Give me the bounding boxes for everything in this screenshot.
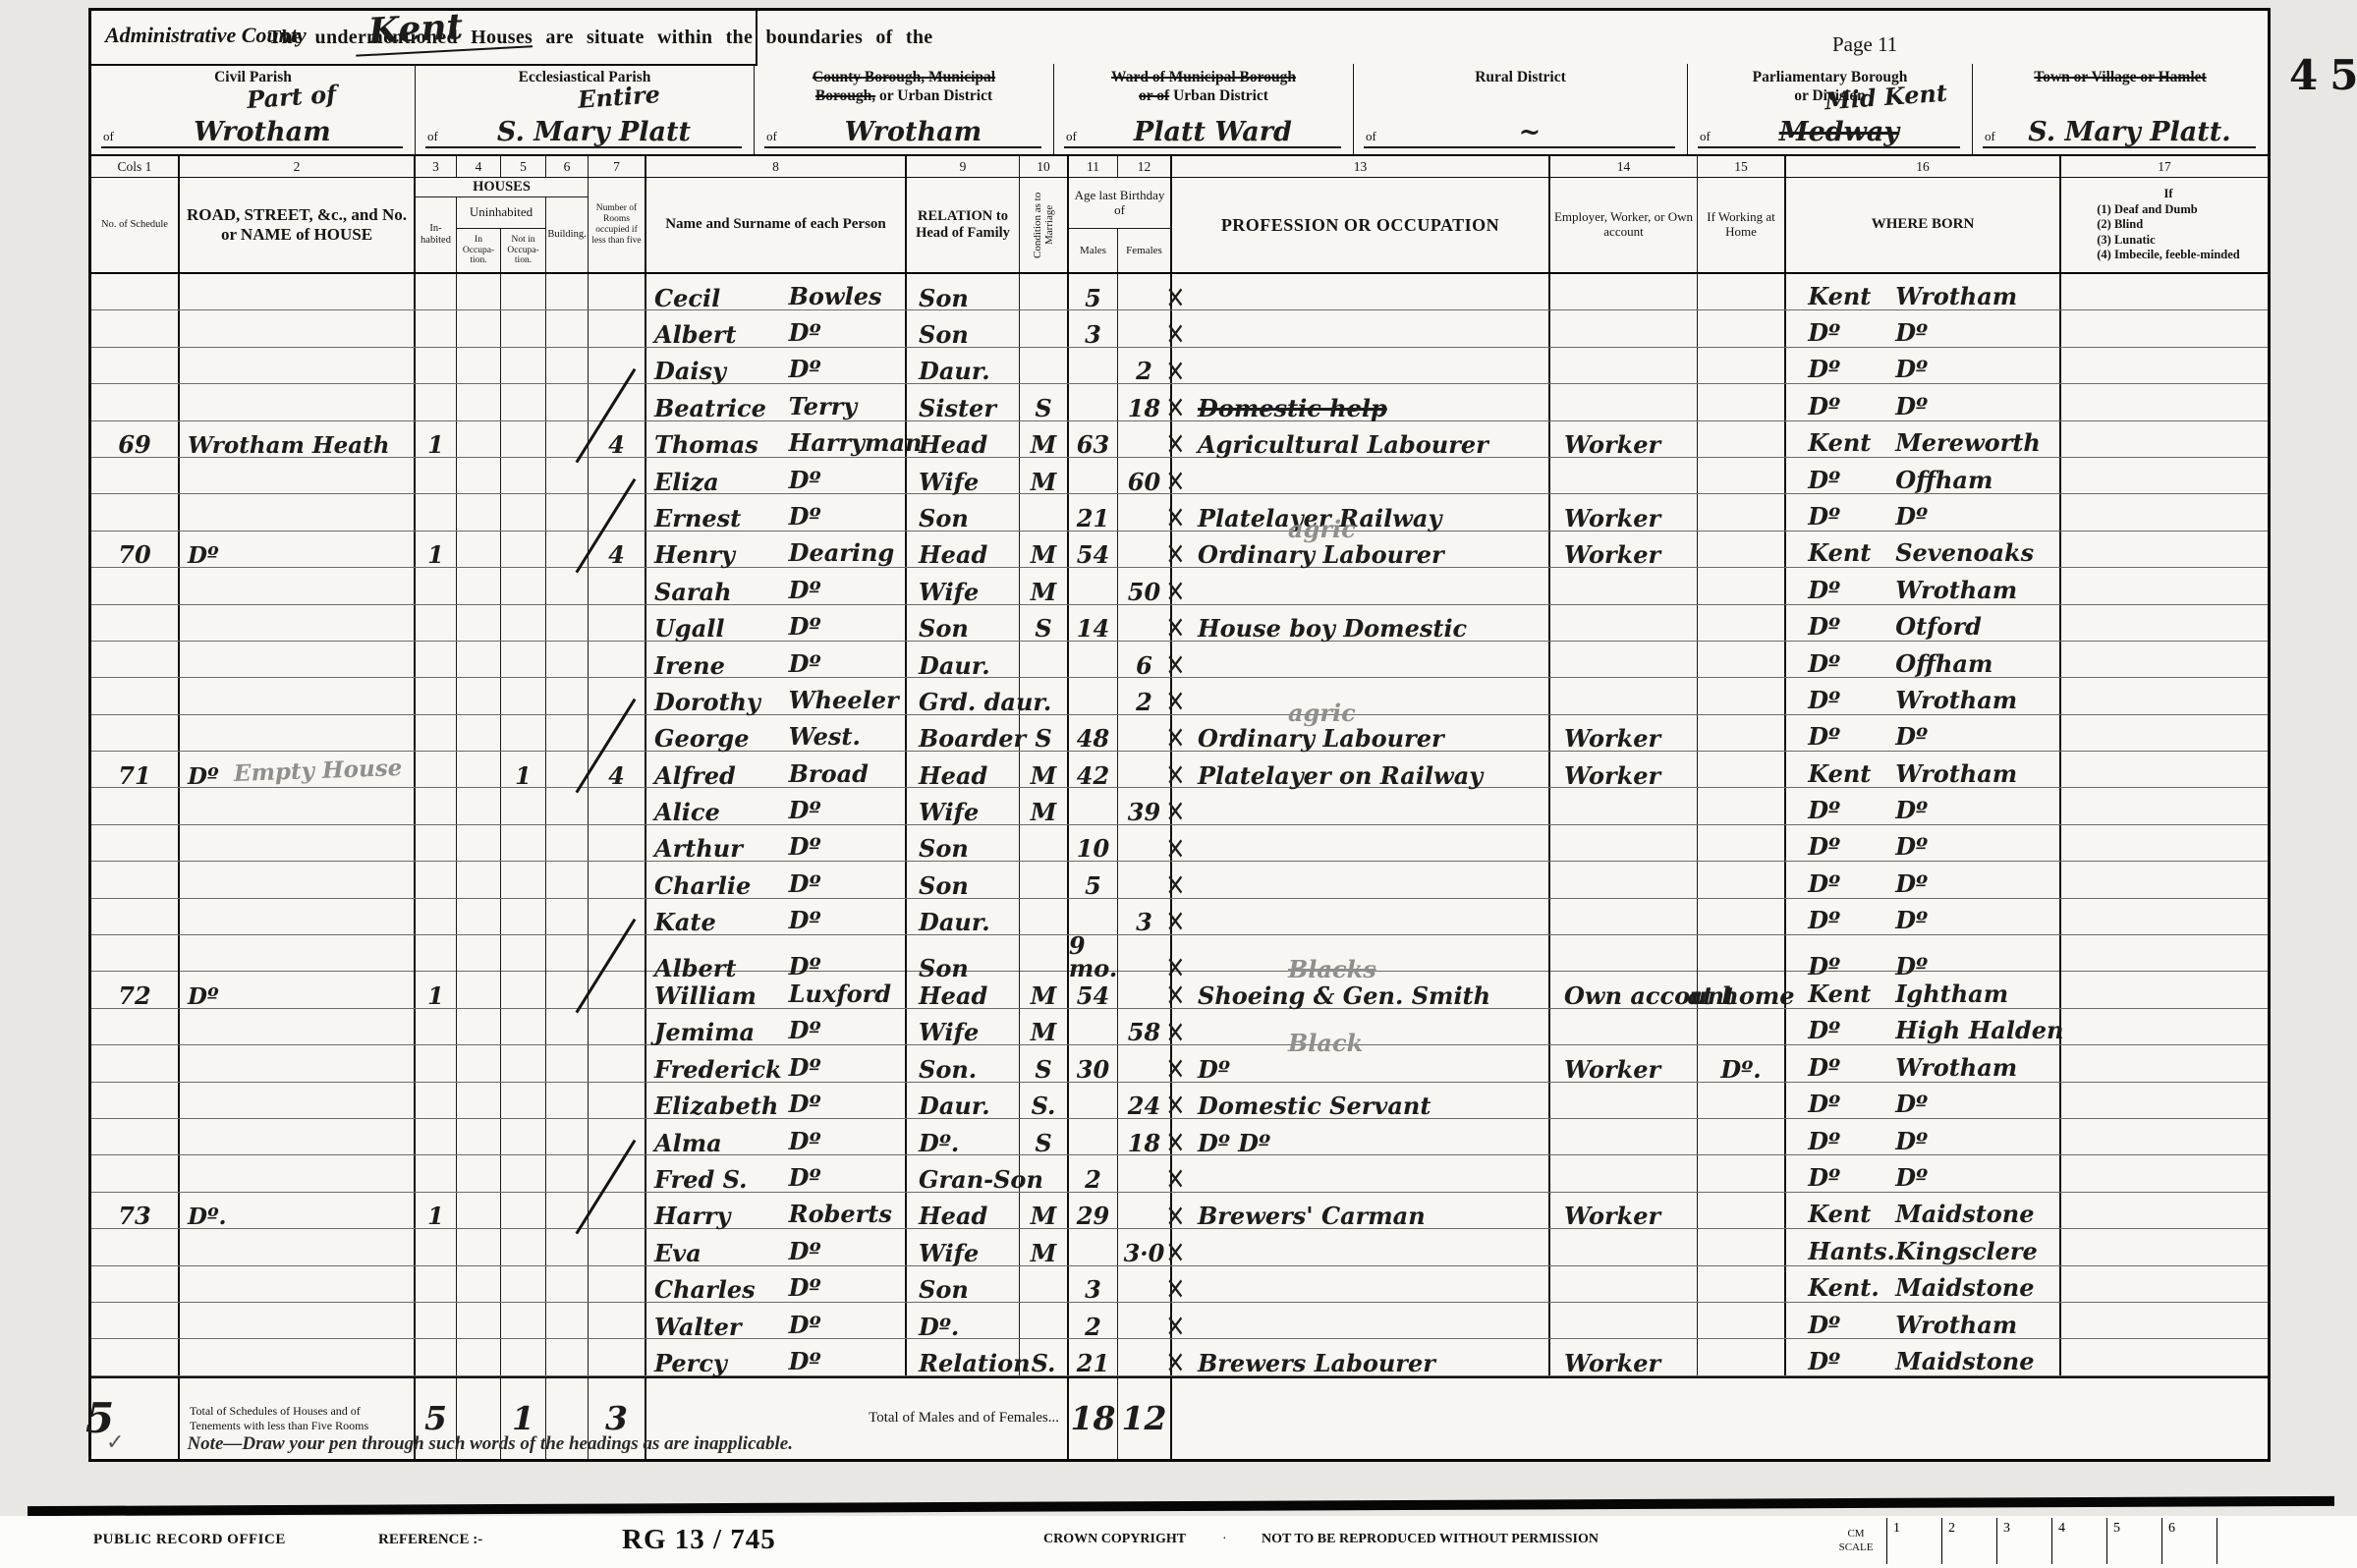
cell-name: KateDº — [646, 899, 907, 934]
cell-age-female — [1118, 1045, 1172, 1081]
cell-uninhabited-in-occupation — [457, 1229, 501, 1264]
cell-uninhabited-not-occupation — [501, 1193, 546, 1228]
name-surname: Bowles — [789, 286, 882, 308]
cell-schedule — [91, 605, 180, 641]
cell-infirmity — [2061, 310, 2268, 346]
cell-building — [546, 458, 589, 493]
cell-inhabited — [416, 1303, 457, 1338]
enumerator-tick: × — [1165, 429, 1185, 460]
cell-employer — [1550, 1119, 1698, 1154]
cell-age-female — [1118, 532, 1172, 567]
profession-value: Platelayer on Railway — [1198, 765, 1483, 788]
district-label-text: Town or Village or Hamlet — [2034, 69, 2206, 85]
cell-inhabited — [416, 1009, 457, 1044]
cell-where-born: DºDº — [1786, 715, 2061, 751]
cell-condition — [1020, 899, 1069, 934]
name-given: Charlie — [654, 875, 751, 898]
cell-uninhabited-in-occupation — [457, 788, 501, 823]
scale-label-scale: SCALE — [1825, 1541, 1886, 1554]
cell-rooms — [589, 1193, 646, 1228]
cell-employer: Worker — [1550, 421, 1698, 457]
cell-uninhabited-in-occupation — [457, 605, 501, 641]
cell-working-at-home: at home — [1698, 972, 1786, 1007]
name-surname: Dº — [789, 322, 821, 345]
col-number: 7 — [589, 156, 646, 178]
cell-age-female — [1118, 715, 1172, 751]
cell-rooms: 4 — [589, 752, 646, 787]
cell-age-female — [1118, 494, 1172, 530]
name-given: Charles — [654, 1279, 756, 1302]
profession-value: Dº Dº — [1198, 1133, 1270, 1155]
cell-uninhabited-in-occupation — [457, 310, 501, 346]
table-row: DaisyDºDaur.2×DºDº — [91, 348, 2268, 384]
folio-number: 45 — [2289, 51, 2357, 99]
district-value-line: ofWrotham — [101, 119, 403, 148]
table-row: AlmaDºDº.S18×Dº DºDºDº — [91, 1119, 2268, 1155]
name-surname: Roberts — [789, 1204, 892, 1226]
cell-where-born: DºOffham — [1786, 458, 2061, 493]
cell-age-male — [1069, 1083, 1118, 1118]
cell-where-born: DºDº — [1786, 862, 2061, 897]
enumerator-tick: × — [1165, 759, 1185, 790]
cell-road — [180, 568, 416, 603]
cell-employer — [1550, 568, 1698, 603]
table-row: KateDºDaur.3×DºDº — [91, 899, 2268, 935]
cell-age-female: 50 — [1118, 568, 1172, 603]
cell-road — [180, 715, 416, 751]
born-place: Wrotham — [1895, 1315, 2017, 1337]
table-row: FrederickDºSon.S30×DºBlackWorkerDº.DºWro… — [91, 1045, 2268, 1082]
district-label-text: or Urban District — [879, 87, 992, 104]
born-place: Kingsclere — [1895, 1241, 2038, 1263]
cell-schedule — [91, 1303, 180, 1338]
name-surname: Dº — [789, 800, 821, 822]
district-value-line: ofS. Mary Platt — [425, 119, 742, 148]
name-surname: Dº — [789, 1277, 821, 1300]
cell-condition — [1020, 642, 1069, 677]
header-building: Building. — [546, 197, 589, 272]
born-place: Dº — [1895, 1131, 1928, 1153]
district-annotation: Part of — [246, 80, 337, 114]
cell-relation: Daur. — [907, 642, 1020, 677]
cell-name: HenryDearing — [646, 532, 907, 567]
cell-name: BeatriceTerry — [646, 384, 907, 420]
enumerator-tick: × — [1165, 797, 1185, 827]
district-value-line: ofPlatt Ward — [1064, 119, 1341, 148]
cell-relation: Son — [907, 605, 1020, 641]
ruler-cells: 123456 — [1886, 1518, 2217, 1564]
cell-where-born: Hants.Kingsclere — [1786, 1229, 2061, 1264]
cell-employer — [1550, 788, 1698, 823]
cell-building — [546, 1009, 589, 1044]
cell-uninhabited-in-occupation — [457, 1303, 501, 1338]
cell-uninhabited-in-occupation — [457, 348, 501, 383]
cell-name: GeorgeWest. — [646, 715, 907, 751]
enumerator-tick: × — [1165, 1201, 1185, 1231]
enumerator-tick: × — [1165, 1127, 1185, 1157]
cell-condition: M — [1020, 1009, 1069, 1044]
cell-inhabited — [416, 825, 457, 861]
col-number: 2 — [180, 156, 416, 178]
cell-name: IreneDº — [646, 642, 907, 677]
header-in-occupation: In Occupa-tion. — [457, 229, 501, 272]
cell-schedule — [91, 348, 180, 383]
page-number: Page 11 — [1832, 32, 1897, 57]
cell-age-female: 60 — [1118, 458, 1172, 493]
born-place: Offham — [1895, 470, 1992, 492]
district-label-text: Borough, — [815, 87, 875, 104]
cell-age-male — [1069, 458, 1118, 493]
cell-uninhabited-not-occupation: 1 — [501, 752, 546, 787]
born-county: Kent — [1808, 983, 1871, 1006]
admin-county-label: Administrative County — [105, 23, 307, 48]
cell-where-born: KentWrotham — [1786, 274, 2061, 309]
rooms-value: 4 — [608, 765, 625, 788]
cell-employer — [1550, 899, 1698, 934]
cell-age-female — [1118, 825, 1172, 861]
name-given: Irene — [654, 655, 725, 678]
cell-name: Fred S.Dº — [646, 1155, 907, 1191]
cell-uninhabited-in-occupation — [457, 384, 501, 420]
district-label-line: County Borough, Municipal — [755, 69, 1053, 87]
enumerator-tick: × — [1165, 282, 1185, 312]
cell-age-male — [1069, 1009, 1118, 1044]
cell-infirmity — [2061, 568, 2268, 603]
born-county: Dº — [1808, 726, 1840, 749]
profession-value: Domestic help — [1198, 398, 1387, 420]
cell-uninhabited-not-occupation — [501, 642, 546, 677]
cell-relation: Dº. — [907, 1119, 1020, 1154]
cell-employer: Worker — [1550, 532, 1698, 567]
cell-relation: Wife — [907, 788, 1020, 823]
cell-employer — [1550, 348, 1698, 383]
cell-uninhabited-not-occupation — [501, 862, 546, 897]
name-given: Harry — [654, 1205, 730, 1228]
cell-uninhabited-not-occupation — [501, 899, 546, 934]
born-county: Dº — [1808, 1167, 1840, 1190]
name-surname: Dº — [789, 506, 821, 529]
born-place: Ightham — [1895, 983, 2008, 1006]
cell-condition: M — [1020, 1229, 1069, 1264]
enumerator-tick: × — [1165, 503, 1185, 533]
cell-schedule — [91, 1119, 180, 1154]
cell-inhabited: 1 — [416, 972, 457, 1007]
cell-profession: ×House boy Domestic — [1172, 605, 1550, 641]
born-place: Maidstone — [1895, 1204, 2034, 1226]
footer-reference-label: REFERENCE :- — [378, 1532, 482, 1548]
cell-rooms — [589, 678, 646, 713]
table-row: PercyDºRelationS.21×Brewers LabourerWork… — [91, 1339, 2268, 1375]
name-given: Frederick — [654, 1059, 782, 1082]
born-place: Sevenoaks — [1895, 542, 2034, 565]
census-sheet: Administrative County Kent The underment… — [88, 8, 2271, 1462]
cell-inhabited — [416, 1155, 457, 1191]
cell-working-at-home — [1698, 348, 1786, 383]
footer-separator-dot: · — [1222, 1532, 1227, 1547]
cell-working-at-home — [1698, 421, 1786, 457]
born-place: Dº — [1895, 1093, 1928, 1116]
name-surname: Dº — [789, 1020, 821, 1042]
cell-profession: ×Shoeing & Gen. SmithBlacks — [1172, 972, 1550, 1007]
table-row: UgallDºSonS14×House boy DomesticDºOtford — [91, 605, 2268, 642]
enumerator-tick: × — [1165, 319, 1185, 350]
district-value: Wrotham — [194, 119, 331, 146]
cell-road — [180, 1045, 416, 1081]
cell-rooms — [589, 568, 646, 603]
header-uninhabited-group: Uninhabited — [457, 197, 546, 229]
table-row: CecilBowlesSon5×KentWrotham — [91, 274, 2268, 310]
cell-inhabited: 1 — [416, 532, 457, 567]
cell-condition — [1020, 348, 1069, 383]
cell-relation: Son. — [907, 1045, 1020, 1081]
cell-employer: Worker — [1550, 1339, 1698, 1374]
born-place: Offham — [1895, 653, 1992, 676]
name-given: Ugall — [654, 618, 725, 641]
cell-inhabited: 1 — [416, 421, 457, 457]
cell-schedule — [91, 1155, 180, 1191]
cell-inhabited — [416, 568, 457, 603]
enumerator-tick: × — [1165, 1348, 1185, 1378]
cell-rooms — [589, 1339, 646, 1374]
name-given: Sarah — [654, 582, 732, 604]
cell-infirmity — [2061, 1266, 2268, 1302]
cell-age-male — [1069, 348, 1118, 383]
cell-condition: S. — [1020, 1339, 1069, 1374]
cell-uninhabited-in-occupation — [457, 678, 501, 713]
district-label-text: or of — [1139, 87, 1169, 104]
cell-where-born: DºDº — [1786, 1083, 2061, 1118]
cell-age-female: 58 — [1118, 1009, 1172, 1044]
cell-relation: Daur. — [907, 348, 1020, 383]
table-row: SarahDºWifeM50×DºWrotham — [91, 568, 2268, 604]
cell-condition: S. — [1020, 1083, 1069, 1118]
cell-road: Dº — [180, 532, 416, 567]
born-county: Dº — [1808, 506, 1840, 529]
cell-schedule: 72 — [91, 972, 180, 1007]
header-not-in-occupation: Not in Occupa-tion. — [501, 229, 546, 272]
profession-value: House boy Domestic — [1198, 618, 1467, 641]
enumerator-tick: × — [1165, 649, 1185, 680]
born-county: Kent. — [1808, 1277, 1880, 1300]
cell-schedule — [91, 899, 180, 934]
cell-road — [180, 384, 416, 420]
col-number: 17 — [2061, 156, 2268, 178]
table-row: 71DºEmpty House14AlfredBroadHeadM42×Plat… — [91, 752, 2268, 788]
cell-age-male: 42 — [1069, 752, 1118, 787]
totals-empty — [1172, 1378, 2268, 1459]
cell-schedule — [91, 642, 180, 677]
cell-uninhabited-not-occupation — [501, 1155, 546, 1191]
cell-age-female: 2 — [1118, 348, 1172, 383]
footer-reference-number: RG 13 / 745 — [622, 1524, 776, 1556]
cell-road — [180, 310, 416, 346]
name-given: Eliza — [654, 472, 719, 494]
cell-employer — [1550, 862, 1698, 897]
name-given: William — [654, 985, 757, 1008]
cell-infirmity — [2061, 494, 2268, 530]
cell-profession: ×Domestic help — [1172, 384, 1550, 420]
col-number: 6 — [546, 156, 589, 178]
cell-where-born: DºDº — [1786, 494, 2061, 530]
name-given: Dorothy — [654, 692, 760, 714]
cell-road — [180, 642, 416, 677]
cell-uninhabited-not-occupation — [501, 421, 546, 457]
header-condition-label: Condition as to Marriage — [1032, 180, 1055, 270]
cell-rooms — [589, 310, 646, 346]
cell-road — [180, 678, 416, 713]
enumerator-tick: × — [1165, 723, 1185, 754]
cell-building — [546, 678, 589, 713]
name-given: Fred S. — [654, 1169, 748, 1192]
road-note: Empty House — [234, 757, 403, 785]
ruler-cell: 2 — [1942, 1518, 1997, 1564]
cell-schedule — [91, 1083, 180, 1118]
col-number: 13 — [1172, 156, 1550, 178]
table-row: ErnestDºSon21×Platelayer RailwayWorkerDº… — [91, 494, 2268, 531]
district-label: Ecclesiastical Parish — [416, 64, 754, 87]
cell-building — [546, 1266, 589, 1302]
district-1: Civil ParishPart ofofWrotham — [91, 64, 416, 154]
cell-age-male: 54 — [1069, 532, 1118, 567]
district-label-line: Rural District — [1354, 69, 1687, 87]
cell-profession: ×Ordinary Laboureragric — [1172, 532, 1550, 567]
cell-name: ElizabethDº — [646, 1083, 907, 1118]
cell-age-male: 48 — [1069, 715, 1118, 751]
cell-uninhabited-in-occupation — [457, 1045, 501, 1081]
cell-road — [180, 458, 416, 493]
cell-working-at-home — [1698, 1009, 1786, 1044]
district-band: Civil ParishPart ofofWrothamEcclesiastic… — [91, 64, 2268, 156]
ruler-cell: 4 — [2052, 1518, 2107, 1564]
cell-age-female: 39 — [1118, 788, 1172, 823]
cell-profession: ×Domestic Servant — [1172, 1083, 1550, 1118]
cell-building — [546, 1155, 589, 1191]
name-surname: Dº — [789, 1241, 821, 1263]
district-of-prefix: of — [1366, 129, 1376, 144]
cell-where-born: DºDº — [1786, 384, 2061, 420]
cell-working-at-home — [1698, 678, 1786, 713]
cell-where-born: DºDº — [1786, 899, 2061, 934]
name-given: Arthur — [654, 838, 743, 861]
col-number: Cols 1 — [91, 156, 180, 178]
cell-road — [180, 348, 416, 383]
header-name: Name and Surname of each Person — [646, 178, 907, 272]
cell-relation: Son — [907, 494, 1020, 530]
district-of-prefix: of — [1985, 129, 1995, 144]
cell-uninhabited-not-occupation — [501, 825, 546, 861]
cell-road — [180, 1229, 416, 1264]
cell-age-male: 21 — [1069, 494, 1118, 530]
name-given: Beatrice — [654, 398, 766, 420]
born-place: Otford — [1895, 616, 1982, 639]
cell-uninhabited-not-occupation — [501, 605, 546, 641]
header-road: ROAD, STREET, &c., and No. or NAME of HO… — [180, 178, 416, 272]
cell-profession: × — [1172, 899, 1550, 934]
district-label-text: Ward of Municipal Borough — [1111, 69, 1296, 85]
table-row: ElizabethDºDaur.S.24×Domestic ServantDºD… — [91, 1083, 2268, 1119]
cell-road — [180, 1339, 416, 1374]
cell-rooms — [589, 458, 646, 493]
enumerator-tick: × — [1165, 833, 1185, 864]
cell-schedule: 71 — [91, 752, 180, 787]
cell-building — [546, 1083, 589, 1118]
cell-profession: × — [1172, 1303, 1550, 1338]
enumerator-tick: × — [1165, 539, 1185, 570]
cell-uninhabited-in-occupation — [457, 421, 501, 457]
cell-working-at-home — [1698, 825, 1786, 861]
cell-age-female — [1118, 274, 1172, 309]
name-surname: Dº — [789, 470, 821, 492]
cell-inhabited — [416, 1045, 457, 1081]
profession-value: Shoeing & Gen. Smith — [1198, 985, 1490, 1008]
cell-condition: S — [1020, 605, 1069, 641]
table-row: 70Dº14HenryDearingHeadM54×Ordinary Labou… — [91, 532, 2268, 568]
cell-profession: ×Agricultural Labourer — [1172, 421, 1550, 457]
cell-inhabited — [416, 1266, 457, 1302]
table-row: WalterDºDº.2×DºWrotham — [91, 1303, 2268, 1339]
header-profession: PROFESSION OR OCCUPATION — [1172, 178, 1550, 272]
born-place: Wrotham — [1895, 580, 2017, 602]
district-label-text: Rural District — [1475, 69, 1566, 85]
born-place: Dº — [1895, 800, 1928, 822]
name-surname: Luxford — [789, 983, 891, 1006]
cell-condition: M — [1020, 568, 1069, 603]
cell-age-male — [1069, 899, 1118, 934]
district-of-prefix: of — [427, 129, 438, 144]
district-3: County Borough, MunicipalBorough, or Urb… — [755, 64, 1054, 154]
cell-working-at-home — [1698, 310, 1786, 346]
cell-employer — [1550, 458, 1698, 493]
cell-relation: Daur. — [907, 899, 1020, 934]
cell-road — [180, 1119, 416, 1154]
name-surname: Dº — [789, 1167, 821, 1190]
born-county: Dº — [1808, 800, 1840, 822]
cell-building — [546, 494, 589, 530]
cell-building — [546, 348, 589, 383]
cell-uninhabited-not-occupation — [501, 1045, 546, 1081]
born-county: Kent — [1808, 763, 1871, 786]
header-band: Administrative County Kent The underment… — [91, 11, 2268, 64]
admin-county-value: Kent — [354, 2, 533, 56]
table-row: BeatriceTerrySisterS18×Domestic helpDºDº — [91, 384, 2268, 420]
cell-infirmity — [2061, 715, 2268, 751]
cell-working-at-home — [1698, 1229, 1786, 1264]
col-number: 11 — [1069, 156, 1118, 178]
note-line: ✓ Note—Draw your pen through such words … — [106, 1430, 793, 1455]
cell-where-born: DºOffham — [1786, 642, 2061, 677]
district-value: Platt Ward — [1134, 119, 1292, 146]
cell-name: PercyDº — [646, 1339, 907, 1374]
cell-inhabited — [416, 310, 457, 346]
cell-building — [546, 1229, 589, 1264]
cell-uninhabited-not-occupation — [501, 494, 546, 530]
cell-uninhabited-not-occupation — [501, 532, 546, 567]
cell-rooms — [589, 1303, 646, 1338]
cell-age-female — [1118, 310, 1172, 346]
cell-working-at-home — [1698, 1339, 1786, 1374]
name-given: Henry — [654, 544, 735, 567]
cell-employer — [1550, 310, 1698, 346]
cell-name: ErnestDº — [646, 494, 907, 530]
cell-where-born: DºWrotham — [1786, 1045, 2061, 1081]
cell-uninhabited-not-occupation — [501, 715, 546, 751]
cell-uninhabited-not-occupation — [501, 1303, 546, 1338]
cell-name: ArthurDº — [646, 825, 907, 861]
cell-schedule — [91, 678, 180, 713]
table-row: ElizaDºWifeM60×DºOffham — [91, 458, 2268, 494]
name-surname: Broad — [789, 763, 869, 786]
name-surname: Dº — [789, 836, 821, 859]
